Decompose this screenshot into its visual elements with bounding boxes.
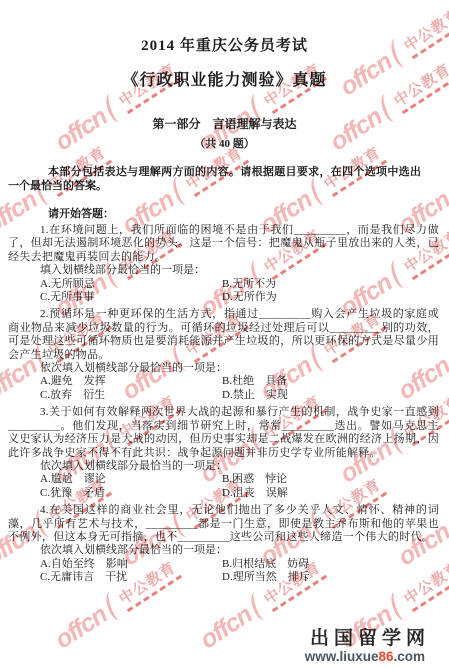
question-2-option-D: D.禁止 实现: [222, 389, 439, 402]
start-answering-prompt: 请开始答题：: [8, 205, 449, 221]
question-2-stem: 2.预循环是一种更环保的生活方式，指通过_________购入会产生垃圾的家庭或…: [8, 308, 439, 362]
section-question-count: （共 40 题）: [0, 135, 449, 151]
question-1-options: A.无所顾忌B.无所不为C.无所事事D.无所作为: [8, 278, 439, 305]
question-4-stem: 4.在美国这样的商业社会里，无论他们抛出了多少关乎人文、情怀、精神的词藻，几乎所…: [8, 504, 439, 544]
site-name: 出国留学网: [305, 623, 430, 650]
question-3-stem: 3.关于如何有效解释两次世界大战的起源和暴行产生的机制，战争史家一直感到____…: [8, 406, 439, 460]
question-4-options: A.自始至终 影响B.归根结底 妨碍C.无庸讳言 干扰D.理所当然 排斥: [8, 558, 439, 585]
watermark-swoosh-icon: [248, 589, 271, 622]
question-4-option-B: B.归根结底 妨碍: [222, 558, 439, 571]
question-2-option-A: A.避免 发挥: [40, 375, 222, 388]
question-4-option-A: A.自始至终 影响: [40, 558, 222, 571]
question-2: 2.预循环是一种更环保的生活方式，指通过_________购入会产生垃圾的家庭或…: [8, 308, 439, 402]
question-3-option-A: A.尴尬 谬论: [40, 473, 222, 486]
site-url-suffix: .com: [393, 649, 425, 664]
question-1-prompt: 填入划横线部分最恰当的一项是：: [8, 264, 439, 277]
question-2-prompt: 依次填入划横线部分最恰当的一项是：: [8, 362, 439, 375]
question-3-option-C: C.犹豫 矛盾: [40, 487, 222, 500]
offcn-logo-watermark: offcn: [50, 601, 112, 656]
question-2-option-C: C.放弃 衍生: [40, 389, 222, 402]
question-4-prompt: 依次填入划横线部分最恰当的一项是：: [8, 544, 439, 557]
page-subtitle: 《行政职业能力测验》真题: [0, 67, 449, 90]
page-title: 2014 年重庆公务员考试: [0, 34, 449, 55]
exam-document-page: 2014 年重庆公务员考试 《行政职业能力测验》真题 第一部分 言语理解与表达 …: [0, 0, 449, 667]
section-title: 第一部分 言语理解与表达: [0, 115, 449, 132]
question-1: 1.在环境问题上，我们所面临的困境不是由于我们_________，而是我们尽力做…: [8, 224, 439, 304]
question-2-option-B: B.杜绝 具备: [222, 375, 439, 388]
watermark-swoosh-icon: [388, 589, 411, 622]
watermark-swoosh-icon: [103, 589, 126, 622]
question-3-prompt: 依次填入划横线部分最恰当的一项是：: [8, 460, 439, 473]
question-3-options: A.尴尬 谬论B.困惑 悖论C.犹豫 矛盾D.沮丧 误解: [8, 473, 439, 500]
question-3-option-D: D.沮丧 误解: [222, 487, 439, 500]
question-4: 4.在美国这样的商业社会里，无论他们抛出了多少关乎人文、情怀、精神的词藻，几乎所…: [8, 504, 439, 584]
section-instructions: 本部分包括表达与理解两方面的内容。请根据题目要求，在四个选项中选出一个最恰当的答…: [8, 166, 421, 193]
site-footer: 出国留学网 www.liuxue86.com: [305, 623, 425, 663]
question-4-option-C: C.无庸讳言 干扰: [40, 571, 222, 584]
question-3-option-B: B.困惑 悖论: [222, 473, 439, 486]
question-1-option-C: C.无所事事: [40, 291, 222, 304]
site-url-prefix: www.liuxue: [305, 649, 379, 664]
site-url-number: 86: [378, 649, 393, 664]
question-1-option-D: D.无所作为: [222, 291, 439, 304]
question-2-options: A.避免 发挥B.杜绝 具备C.放弃 衍生D.禁止 实现: [8, 375, 439, 402]
question-1-stem: 1.在环境问题上，我们所面临的困境不是由于我们_________，而是我们尽力做…: [8, 224, 439, 264]
question-3: 3.关于如何有效解释两次世界大战的起源和暴行产生的机制，战争史家一直感到____…: [8, 406, 439, 500]
question-1-option-B: B.无所不为: [222, 278, 439, 291]
question-4-option-D: D.理所当然 排斥: [222, 571, 439, 584]
question-list: 1.在环境问题上，我们所面临的困境不是由于我们_________，而是我们尽力做…: [8, 224, 439, 585]
site-url-link[interactable]: www.liuxue86.com: [305, 650, 425, 663]
question-1-option-A: A.无所顾忌: [40, 278, 222, 291]
document-content: 2014 年重庆公务员考试 《行政职业能力测验》真题 第一部分 言语理解与表达 …: [0, 34, 449, 585]
offcn-logo-watermark: offcn: [195, 601, 257, 656]
